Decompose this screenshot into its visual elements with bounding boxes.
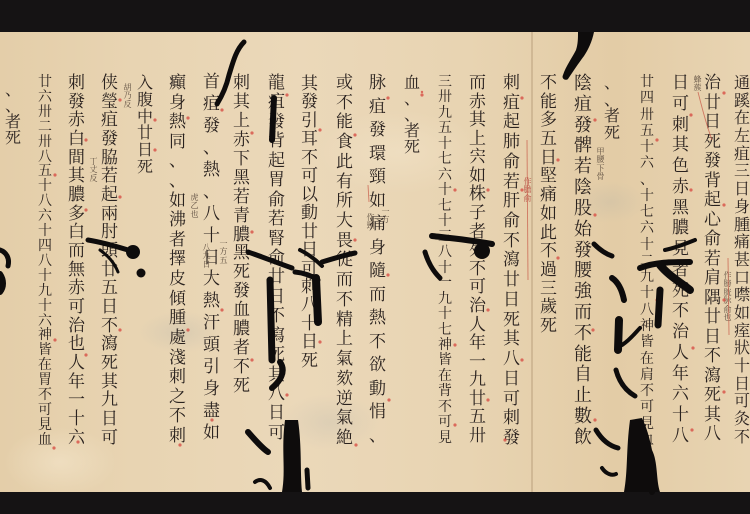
glyph: 見 (672, 241, 689, 258)
text-column-01: 通蹊在左疽三日身腫痛甚口噤如痓狀十日可灸不 (734, 75, 750, 445)
glyph: 二 (38, 120, 52, 134)
glyph: 也 (191, 211, 199, 219)
glyph: 發 (268, 114, 285, 131)
glyph: 六 (38, 209, 52, 223)
glyph: 日 (301, 334, 318, 351)
glyph: 死 (503, 312, 520, 329)
glyph: 身 (369, 240, 386, 257)
glyph: 六 (438, 168, 452, 182)
glyph: 入 (137, 75, 153, 91)
glyph: 卅 (640, 108, 654, 122)
glyph: 死 (469, 242, 486, 259)
text-column-07: 不能多五日堅痛如此不過三歲死 (540, 75, 557, 335)
glyph: 日 (672, 75, 689, 92)
glyph: 此 (336, 154, 353, 171)
glyph: 發 (574, 242, 592, 260)
text-column-18: 癲身熱同、、如沸者擇皮傾腫處淺刺之不刺 (169, 75, 186, 445)
glyph: 六 (68, 430, 85, 447)
text-column-08: 刺疽起肺俞若肝俞不瀉廿日死其八日可刺發 (503, 75, 520, 447)
glyph: 胃 (38, 373, 52, 387)
glyph: 五 (101, 280, 118, 297)
glyph: 、 (169, 153, 186, 170)
glyph: 刺 (503, 410, 520, 427)
glyph: 而 (574, 304, 592, 322)
glyph: 廿 (38, 75, 52, 89)
glyph: 者 (169, 232, 186, 249)
glyph: 日 (704, 114, 721, 131)
glyph: 胃 (268, 172, 285, 189)
glyph: 皮 (169, 271, 186, 288)
glyph: 起 (704, 192, 721, 209)
glyph: 十 (640, 238, 654, 252)
glyph: 其 (704, 407, 721, 424)
paper-seam (531, 32, 533, 492)
glyph: 歲 (540, 299, 557, 316)
glyph: 血 (640, 433, 654, 447)
glyph: 脇 (101, 150, 118, 167)
glyph: 七 (438, 323, 452, 337)
glyph: 廿 (704, 309, 721, 326)
glyph: 三 (438, 230, 452, 244)
glyph: 可 (301, 168, 318, 185)
glyph: 六 (640, 221, 654, 235)
glyph: 八 (38, 194, 52, 208)
glyph: 俞 (524, 195, 532, 203)
glyph: 死 (101, 355, 118, 372)
glyph: 起 (101, 187, 118, 204)
glyph: 者 (233, 340, 250, 357)
glyph: 若 (503, 174, 520, 191)
glyph: 七 (640, 205, 654, 219)
glyph: 疽 (203, 96, 220, 113)
glyph: 者 (469, 224, 486, 241)
glyph: 不 (503, 233, 520, 250)
text-column-03: 日可刺其色赤黑膿見者死不治人年六十八 (672, 75, 689, 445)
glyph: 赤 (68, 112, 85, 129)
glyph: 在 (438, 369, 452, 383)
glyph: 能 (574, 346, 592, 364)
glyph: 發 (203, 118, 220, 135)
glyph: 卅 (469, 428, 486, 445)
glyph: 蔟 (694, 84, 702, 92)
glyph: 欬 (336, 371, 353, 388)
glyph: 處 (169, 330, 186, 347)
glyph: 瑩 (101, 94, 118, 111)
glyph: 飲 (574, 429, 592, 447)
glyph: 俞 (503, 154, 520, 171)
glyph: 疽 (268, 94, 285, 111)
glyph: 血 (38, 433, 52, 447)
glyph: 從 (336, 252, 353, 269)
glyph: 膿 (68, 187, 85, 204)
glyph: 、 (604, 75, 620, 91)
glyph: 陰 (574, 179, 592, 197)
glyph: 六 (640, 156, 654, 170)
glyph: 不 (469, 261, 486, 278)
glyph: 宍 (469, 149, 486, 166)
glyph: 血 (233, 302, 250, 319)
glyph: 以 (301, 187, 318, 204)
glyph: 其 (68, 168, 85, 185)
glyph: 蹊 (734, 93, 750, 109)
text-column-10: 三卅九五十七六十七十三八十一九十七神皆在背不可見 (438, 75, 452, 445)
glyph: 十 (640, 189, 654, 203)
glyph: 赤 (672, 179, 689, 196)
glyph: 廿 (301, 224, 318, 241)
glyph: 五 (540, 131, 557, 148)
glyph: 痛 (540, 187, 557, 204)
glyph: 治 (68, 318, 85, 335)
glyph: 十 (38, 179, 52, 193)
glyph: 汗 (203, 315, 220, 332)
glyph: 日 (301, 242, 318, 259)
text-column-23: 、、者死 (5, 82, 21, 140)
glyph: 狀 (734, 340, 750, 356)
glyph: 逆 (336, 391, 353, 408)
interlinear-note: 八九日 (202, 244, 211, 269)
glyph: 日 (503, 292, 520, 309)
glyph: 起 (268, 153, 285, 170)
glyph: 可 (640, 400, 654, 414)
glyph: 頸 (369, 169, 386, 186)
glyph: 八 (640, 303, 654, 317)
glyph: 如 (469, 168, 486, 185)
glyph: 骨 (597, 173, 605, 181)
glyph: 瀉 (704, 368, 721, 385)
glyph: 左 (734, 128, 750, 144)
glyph: 痛 (734, 234, 750, 250)
glyph: 神 (38, 328, 52, 342)
glyph: 疽 (503, 95, 520, 112)
glyph: 日 (101, 411, 118, 428)
text-column-21: 刺發赤白間其膿多白而無赤可治也人年一十六 (68, 75, 85, 447)
glyph: 、 (203, 140, 220, 157)
glyph: 八 (438, 245, 452, 259)
glyph: 其 (469, 112, 486, 129)
glyph: 不 (640, 384, 654, 398)
text-column-13: 或不能食此有所大畏從而不精上氣欬逆氣絶 (336, 75, 353, 447)
glyph: 噤 (734, 287, 750, 303)
glyph: 不 (38, 388, 52, 402)
glyph: 堅 (540, 168, 557, 185)
glyph: 膿 (233, 321, 250, 338)
interlinear-note: 虎乙也 (190, 194, 199, 219)
glyph: 龍 (268, 75, 285, 92)
glyph: 俞 (268, 250, 285, 267)
glyph: 身 (169, 95, 186, 112)
glyph: 若 (233, 189, 250, 206)
glyph: 不 (540, 75, 557, 92)
glyph: 子 (469, 205, 486, 222)
glyph: 如 (540, 206, 557, 223)
glyph: 死 (301, 353, 318, 370)
glyph: 隅 (704, 290, 721, 307)
glyph: 灸 (734, 411, 750, 427)
text-column-15: 龍疽發背起胃俞若腎俞廿日不瀉死其八日可 (268, 75, 285, 442)
glyph: 下 (233, 151, 250, 168)
glyph: 不 (369, 334, 386, 351)
glyph: 無 (68, 262, 85, 279)
glyph: 其 (503, 331, 520, 348)
glyph: 身 (203, 381, 220, 398)
glyph: 白 (68, 224, 85, 241)
glyph: 卅 (438, 90, 452, 104)
glyph: 刺 (233, 75, 250, 92)
glyph: 悁 (369, 404, 386, 421)
glyph: 能 (540, 94, 557, 111)
glyph: 九 (640, 270, 654, 284)
interlinear-note: 甲腰下骨 (596, 148, 605, 182)
glyph: 止 (574, 387, 592, 405)
glyph: 死 (404, 139, 420, 155)
glyph: 人 (672, 345, 689, 362)
glyph: 死 (540, 318, 557, 335)
glyph: 反 (90, 175, 98, 183)
glyph: 擇 (169, 251, 186, 268)
glyph: 癲 (169, 75, 186, 92)
glyph: 多 (68, 206, 85, 223)
glyph: 日 (540, 150, 557, 167)
glyph: 十 (438, 214, 452, 228)
glyph: 赤 (469, 94, 486, 111)
glyph: 不 (336, 95, 353, 112)
glyph: 治 (704, 75, 721, 92)
glyph: 發 (369, 122, 386, 139)
glyph: 疽 (369, 99, 386, 116)
glyph: 同 (169, 134, 186, 151)
glyph: 不 (574, 325, 592, 343)
glyph: 日 (268, 289, 285, 306)
glyph: 其 (233, 94, 250, 111)
glyph: 一 (68, 392, 85, 409)
glyph: 九 (438, 292, 452, 306)
glyph: 而 (369, 287, 386, 304)
glyph: 八 (704, 426, 721, 443)
glyph: 發 (574, 117, 592, 135)
glyph: 不 (438, 400, 452, 414)
glyph: 赤 (68, 280, 85, 297)
glyph: 心 (704, 212, 721, 229)
glyph: 發 (503, 430, 520, 447)
glyph: 引 (203, 359, 220, 376)
glyph: 日 (704, 329, 721, 346)
glyph: 若 (704, 251, 721, 268)
glyph: 精 (336, 312, 353, 329)
glyph: 九 (38, 284, 52, 298)
glyph: 、 (369, 428, 386, 445)
glyph: 十 (438, 183, 452, 197)
glyph: 耳 (301, 131, 318, 148)
glyph: 其 (672, 137, 689, 154)
glyph: 年 (68, 374, 85, 391)
glyph: 起 (503, 114, 520, 131)
glyph: 不 (734, 429, 750, 445)
glyph: 疽 (734, 146, 750, 162)
interlinear-note: 作頸 (366, 214, 375, 231)
glyph: 者 (672, 262, 689, 279)
glyph: 反 (124, 101, 132, 109)
glyph: 皆 (640, 335, 654, 349)
glyph: 五 (640, 124, 654, 138)
glyph: 三 (438, 75, 452, 89)
glyph: 而 (469, 75, 486, 92)
glyph: 二 (640, 254, 654, 268)
glyph: 八 (203, 206, 220, 223)
glyph: 如 (734, 305, 750, 321)
glyph: 五 (38, 164, 52, 178)
glyph: 色 (672, 158, 689, 175)
glyph: 通 (734, 75, 750, 91)
glyph: 死 (704, 387, 721, 404)
glyph: 者 (604, 108, 620, 124)
glyph: 肺 (503, 134, 520, 151)
glyph: 十 (438, 307, 452, 321)
glyph: 日 (503, 371, 520, 388)
top-dark-border (0, 0, 750, 32)
glyph: 發 (301, 94, 318, 111)
glyph: 熱 (369, 310, 386, 327)
glyph: 肩 (704, 270, 721, 287)
glyph: 見 (640, 417, 654, 431)
glyph: 大 (203, 271, 220, 288)
glyph: 廿 (137, 125, 153, 141)
glyph: 九 (469, 372, 486, 389)
glyph: 膿 (672, 220, 689, 237)
glyph: 死 (233, 378, 250, 395)
glyph: 三 (734, 163, 750, 179)
glyph: 刺 (68, 75, 85, 92)
glyph: 氣 (336, 410, 353, 427)
glyph: 熱 (169, 114, 186, 131)
glyph: 白 (68, 131, 85, 148)
glyph: 腫 (169, 310, 186, 327)
glyph: 可 (734, 393, 750, 409)
text-column-09: 而赤其上宍如株子者死不可治人年一九廿五卅 (469, 75, 486, 445)
glyph: 甚 (734, 252, 750, 268)
glyph: 首 (203, 74, 220, 91)
glyph: 沸 (169, 212, 186, 229)
glyph: 而 (336, 272, 353, 289)
glyph: 不 (336, 292, 353, 309)
glyph: 股 (574, 200, 592, 218)
glyph: 兩 (101, 206, 118, 223)
glyph: 腹 (137, 92, 153, 108)
glyph: 絶 (336, 430, 353, 447)
glyph: 刺 (169, 369, 186, 386)
glyph: 日 (137, 142, 153, 158)
glyph: 廿 (640, 75, 654, 89)
glyph: 若 (101, 168, 118, 185)
glyph: 方 (382, 216, 390, 224)
glyph: 肩 (640, 368, 654, 382)
text-column-11: 血、、者死 (404, 75, 420, 153)
glyph: 大 (336, 213, 353, 230)
glyph: 黑 (233, 170, 250, 187)
glyph: 肝 (503, 193, 520, 210)
glyph: 赤 (233, 132, 250, 149)
glyph: 黑 (233, 245, 250, 262)
glyph: 欲 (369, 357, 386, 374)
glyph: 俞 (704, 231, 721, 248)
glyph: 自 (574, 366, 592, 384)
glyph: 十 (38, 269, 52, 283)
glyph: 背 (438, 384, 452, 398)
glyph: 不 (169, 408, 186, 425)
glyph: 隨 (369, 263, 386, 280)
glyph: 能 (336, 114, 353, 131)
glyph: 五 (438, 121, 452, 135)
glyph: 死 (268, 347, 285, 364)
glyph: 廿 (268, 269, 285, 286)
glyph: 強 (574, 283, 592, 301)
glyph: 髀 (574, 137, 592, 155)
glyph: 腎 (268, 231, 285, 248)
text-column-20: 侠瑩疽發脇若起兩肘頭廿五日不瀉死其九日可 (101, 75, 118, 447)
glyph: 多 (540, 112, 557, 129)
glyph: 之 (169, 389, 186, 406)
glyph: 十 (734, 358, 750, 374)
glyph: 在 (38, 358, 52, 372)
glyph: 日 (734, 181, 750, 197)
glyph: 一 (438, 276, 452, 290)
glyph: 十 (301, 316, 318, 333)
glyph: 十 (438, 261, 452, 275)
glyph: 若 (268, 211, 285, 228)
glyph: 可 (101, 430, 118, 447)
glyph: 六 (38, 90, 52, 104)
glyph: 引 (301, 113, 318, 130)
glyph: 卅 (38, 105, 52, 119)
glyph: 八 (268, 386, 285, 403)
text-column-02: 治廿日死發背起心俞若肩隅廿日不瀉死其八 (704, 75, 721, 443)
glyph: 瀉 (503, 252, 520, 269)
glyph: 或 (336, 75, 353, 92)
glyph: 口 (734, 270, 750, 286)
glyph: 、 (604, 92, 620, 108)
glyph: 十 (672, 407, 689, 424)
glyph: 可 (268, 425, 285, 442)
glyph: 淺 (169, 350, 186, 367)
glyph: 膿 (233, 227, 250, 244)
glyph: 刺 (672, 117, 689, 134)
glyph: 可 (672, 96, 689, 113)
glyph: 熱 (203, 293, 220, 310)
glyph: 三 (540, 281, 557, 298)
glyph: 俞 (503, 213, 520, 230)
glyph: 可 (438, 415, 452, 429)
glyph: 六 (672, 386, 689, 403)
interlinear-note: 胡乃反 (123, 84, 132, 109)
glyph: 八 (301, 297, 318, 314)
glyph: 日 (203, 261, 211, 269)
glyph: 死 (5, 130, 21, 146)
glyph: 此 (540, 225, 557, 242)
glyph: 廿 (469, 391, 486, 408)
interlinear-note: 蜂蔟 (693, 76, 702, 93)
glyph: 食 (336, 134, 353, 151)
glyph: 年 (672, 366, 689, 383)
glyph: 不 (301, 150, 318, 167)
glyph: 日 (268, 405, 285, 422)
glyph: 腫 (734, 217, 750, 233)
glyph: 八 (38, 150, 52, 164)
glyph: 四 (38, 239, 52, 253)
glyph: 、 (203, 184, 220, 201)
glyph: 一 (469, 354, 486, 371)
glyph: 十 (68, 411, 85, 428)
glyph: 陰 (574, 75, 592, 93)
glyph: 日 (734, 376, 750, 392)
